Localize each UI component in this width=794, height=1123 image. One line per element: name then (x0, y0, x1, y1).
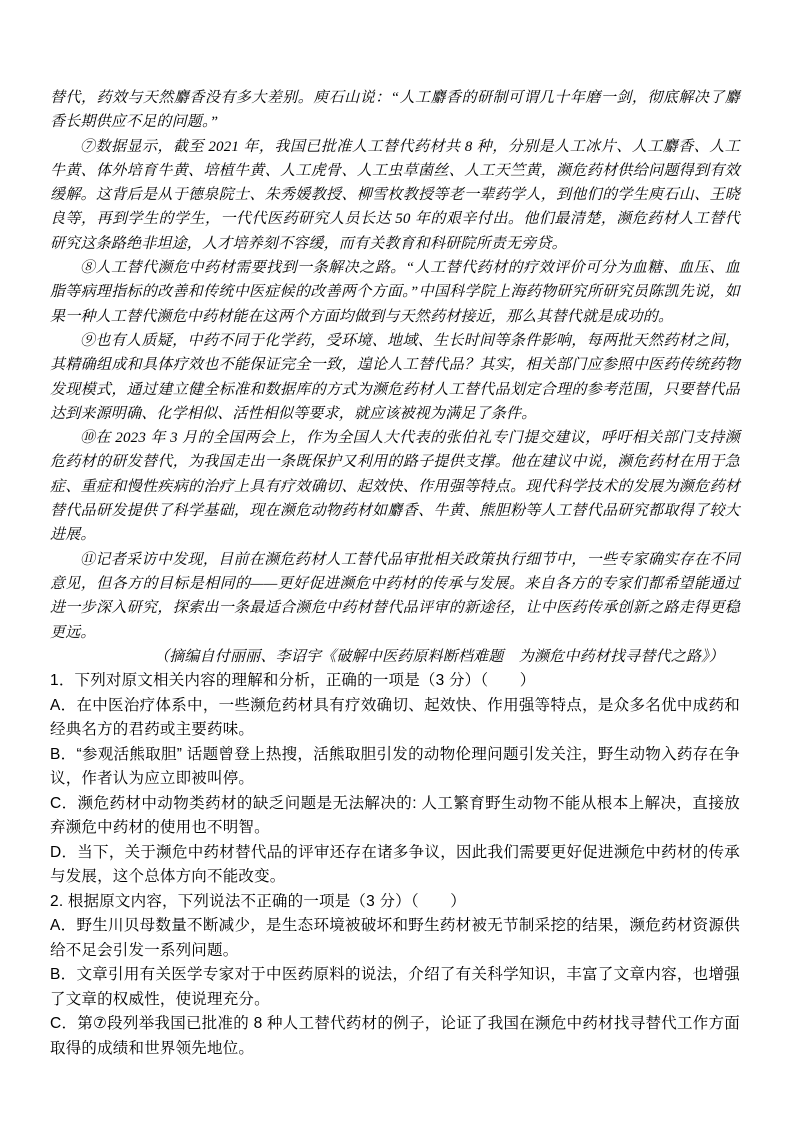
questions-section: 1．下列对原文相关内容的理解和分析，正确的一项是（3 分）（ ） A．在中医治疗… (50, 669, 740, 1061)
question-2-option-b: B．文章引用有关医学专家对于中医药原料的说法，介绍了有关科学知识，丰富了文章内容… (50, 963, 740, 1012)
passage-citation: （摘编自付丽丽、李诏宇《破解中医药原料断档难题 为濒危中药材找寻替代之路》） (50, 645, 740, 669)
passage-section: 替代，药效与天然麝香没有多大差别。庾石山说：“人工麝香的研制可谓几十年磨一剑，彻… (50, 86, 740, 669)
passage-paragraph-11: ⑪记者采访中发现，目前在濒危药材人工替代品审批相关政策执行细节中，一些专家确实存… (50, 548, 740, 645)
question-1-option-d: D．当下，关于濒危中药材替代品的评审还存在诸多争议，因此我们需要更好促进濒危中药… (50, 841, 740, 890)
passage-paragraph-9: ⑨也有人质疑，中药不同于化学药，受环境、地域、生长时间等条件影响，每两批天然药材… (50, 329, 740, 426)
passage-continuation-paragraph: 替代，药效与天然麝香没有多大差别。庾石山说：“人工麝香的研制可谓几十年磨一剑，彻… (50, 86, 740, 135)
question-2-option-a: A．野生川贝母数量不断减少，是生态环境被破坏和野生药材被无节制采挖的结果，濒危药… (50, 914, 740, 963)
question-2-stem: 2. 根据原文内容，下列说法不正确的一项是（3 分）（ ） (50, 890, 740, 915)
question-1-option-b: B．“参观活熊取胆” 话题曾登上热搜，活熊取胆引发的动物伦理问题引发关注，野生动… (50, 743, 740, 792)
question-2-option-c: C．第⑦段列举我国已批准的 8 种人工替代药材的例子，论证了我国在濒危中药材找寻… (50, 1012, 740, 1061)
question-1-stem: 1．下列对原文相关内容的理解和分析，正确的一项是（3 分）（ ） (50, 669, 740, 694)
passage-paragraph-8: ⑧人工替代濒危中药材需要找到一条解决之路。“人工替代药材的疗效评价可分为血糖、血… (50, 256, 740, 329)
passage-paragraph-7: ⑦数据显示，截至 2021 年，我国已批准人工替代药材共 8 种，分别是人工冰片… (50, 135, 740, 256)
passage-paragraph-10: ⑩在 2023 年 3 月的全国两会上，作为全国人大代表的张伯礼专门提交建议，呼… (50, 426, 740, 547)
exam-page: 替代，药效与天然麝香没有多大差别。庾石山说：“人工麝香的研制可谓几十年磨一剑，彻… (0, 0, 794, 1123)
question-1-option-a: A．在中医治疗体系中，一些濒危药材具有疗效确切、起效快、作用强等特点，是众多名优… (50, 694, 740, 743)
question-1-option-c: C．濒危药材中动物类药材的缺乏问题是无法解决的: 人工繁育野生动物不能从根本上解… (50, 792, 740, 841)
